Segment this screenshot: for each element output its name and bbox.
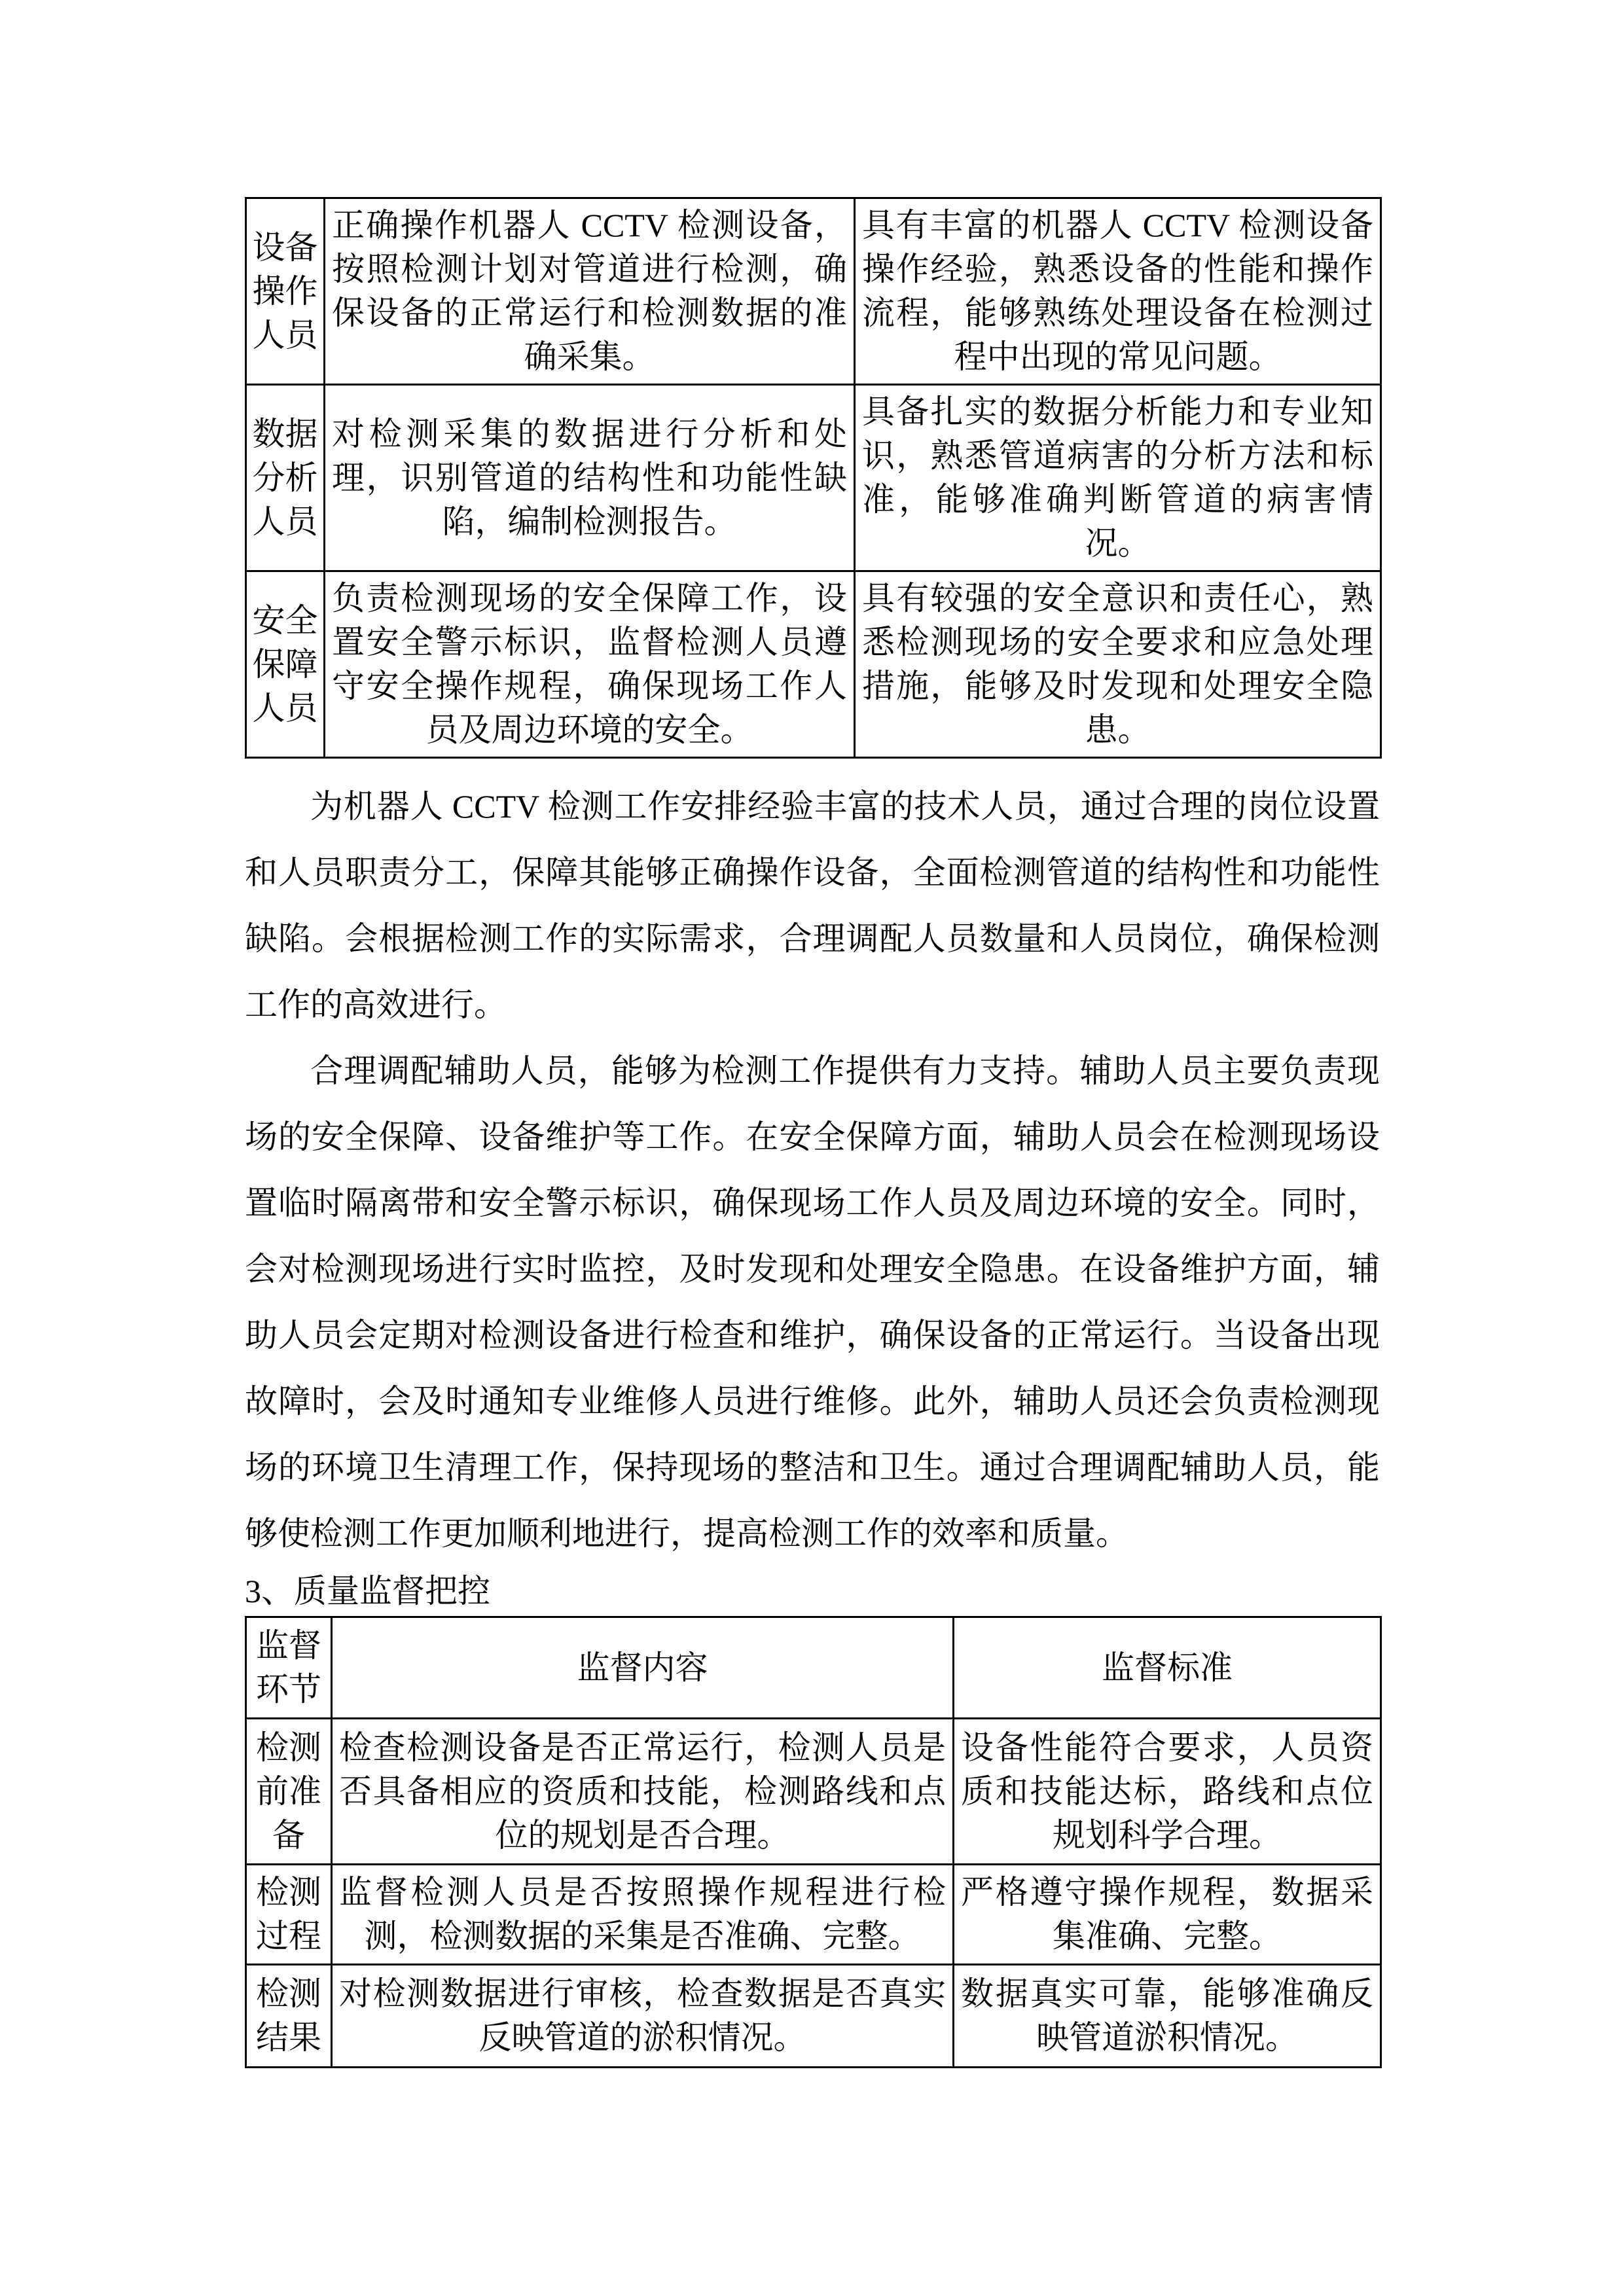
supervision-standard-cell: 数据真实可靠，能够准确反映管道淤积情况。 [954,1965,1381,2068]
row-label-equipment-operator: 设备操作人员 [246,198,325,385]
page-content: 设备操作人员 正确操作机器人 CCTV 检测设备，按照检测计划对管道进行检测，确… [245,197,1380,2068]
body-text: 为机器人 CCTV 检测工作安排经验丰富的技术人员，通过合理的岗位设置和人员职责… [245,774,1380,1567]
requirement-cell: 具有较强的安全意识和责任心，熟悉检测现场的安全要求和应急处理措施，能够及时发现和… [855,571,1381,758]
row-label-inspection-result: 检测结果 [246,1965,332,2068]
supervision-content-cell: 监督检测人员是否按照操作规程进行检测，检测数据的采集是否准确、完整。 [332,1865,954,1965]
duty-cell: 负责检测现场的安全保障工作，设置安全警示标识，监督检测人员遵守安全操作规程，确保… [325,571,855,758]
table-row: 安全保障人员 负责检测现场的安全保障工作，设置安全警示标识，监督检测人员遵守安全… [246,571,1381,758]
table-row: 数据分析人员 对检测采集的数据进行分析和处理，识别管道的结构性和功能性缺陷，编制… [246,385,1381,571]
header-supervision-standard: 监督标准 [954,1617,1381,1719]
table-row: 检测前准备 检查检测设备是否正常运行，检测人员是否具备相应的资质和技能，检测路线… [246,1719,1381,1865]
table-row: 设备操作人员 正确操作机器人 CCTV 检测设备，按照检测计划对管道进行检测，确… [246,198,1381,385]
supervision-content-cell: 检查检测设备是否正常运行，检测人员是否具备相应的资质和技能，检测路线和点位的规划… [332,1719,954,1865]
header-supervision-content: 监督内容 [332,1617,954,1719]
requirement-cell: 具有丰富的机器人 CCTV 检测设备操作经验，熟悉设备的性能和操作流程，能够熟练… [855,198,1381,385]
table-row: 检测过程 监督检测人员是否按照操作规程进行检测，检测数据的采集是否准确、完整。 … [246,1865,1381,1965]
paragraph-auxiliary: 合理调配辅助人员，能够为检测工作提供有力支持。辅助人员主要负责现场的安全保障、设… [245,1038,1380,1567]
table-header-row: 监督环节 监督内容 监督标准 [246,1617,1381,1719]
duty-cell: 正确操作机器人 CCTV 检测设备，按照检测计划对管道进行检测，确保设备的正常运… [325,198,855,385]
row-label-pre-inspection: 检测前准备 [246,1719,332,1865]
supervision-content-cell: 对检测数据进行审核，检查数据是否真实反映管道的淤积情况。 [332,1965,954,2068]
row-label-inspection-process: 检测过程 [246,1865,332,1965]
header-supervision-stage: 监督环节 [246,1617,332,1719]
row-label-data-analyst: 数据分析人员 [246,385,325,571]
row-label-safety-guard: 安全保障人员 [246,571,325,758]
duty-cell: 对检测采集的数据进行分析和处理，识别管道的结构性和功能性缺陷，编制检测报告。 [325,385,855,571]
section-heading-quality-supervision: 3、质量监督把控 [245,1567,1380,1616]
document-page: { "roles_table": { "rows": [ { "label": … [0,0,1624,2296]
supervision-table: 监督环节 监督内容 监督标准 检测前准备 检查检测设备是否正常运行，检测人员是否… [245,1616,1382,2068]
roles-table: 设备操作人员 正确操作机器人 CCTV 检测设备，按照检测计划对管道进行检测，确… [245,197,1382,759]
paragraph-staffing: 为机器人 CCTV 检测工作安排经验丰富的技术人员，通过合理的岗位设置和人员职责… [245,774,1380,1038]
table-row: 检测结果 对检测数据进行审核，检查数据是否真实反映管道的淤积情况。 数据真实可靠… [246,1965,1381,2068]
supervision-standard-cell: 严格遵守操作规程，数据采集准确、完整。 [954,1865,1381,1965]
supervision-standard-cell: 设备性能符合要求，人员资质和技能达标，路线和点位规划科学合理。 [954,1719,1381,1865]
requirement-cell: 具备扎实的数据分析能力和专业知识，熟悉管道病害的分析方法和标准，能够准确判断管道… [855,385,1381,571]
